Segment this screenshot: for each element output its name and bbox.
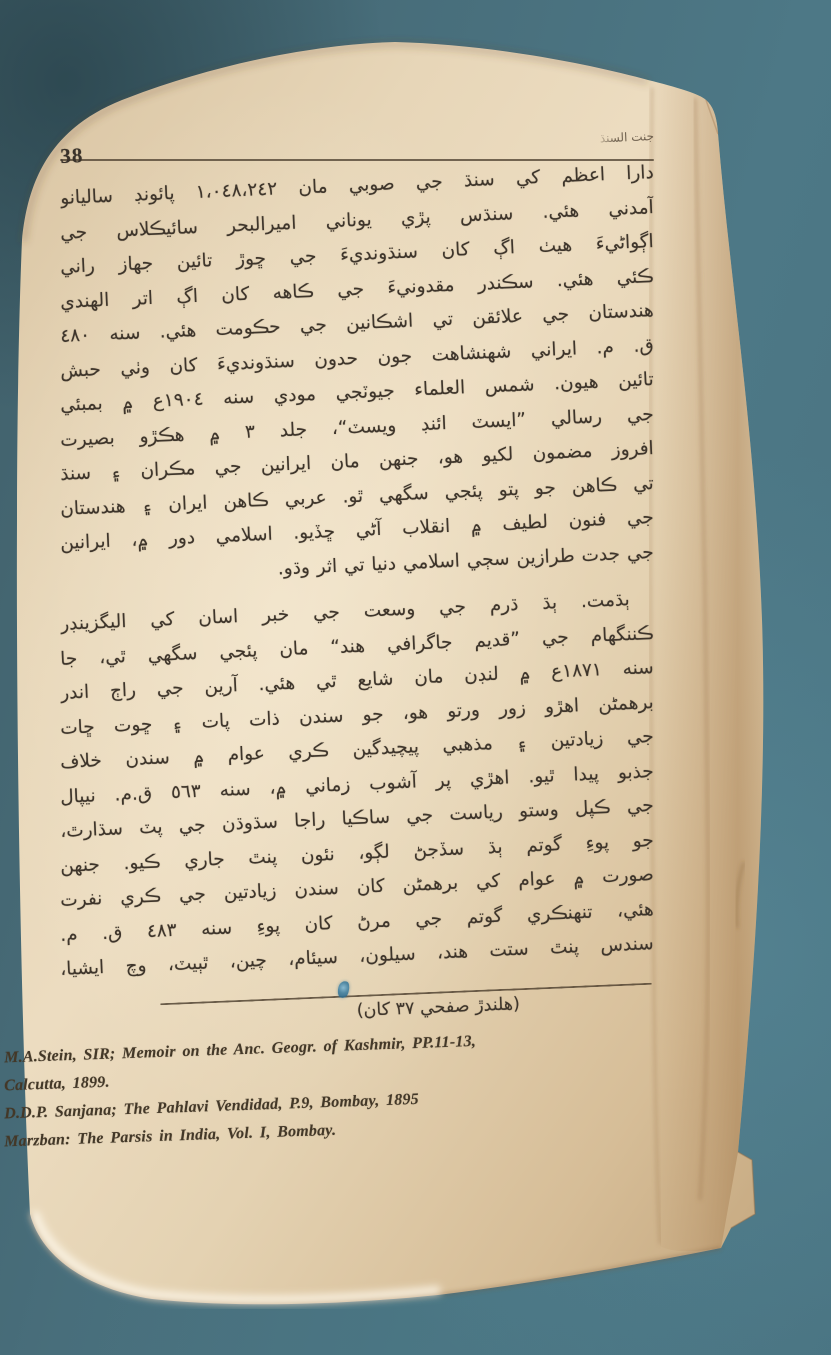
body-paragraph-2: ٻڌمت. ٻڌ ڌرم جي وسعت جي خبر اسان کي اليگ…	[60, 595, 654, 975]
page-number: 38	[60, 140, 146, 169]
body-paragraph-1: دارا اعظم کي سنڌ جي صوبي مان ١،٠٤٨،٢٤٢ پ…	[60, 169, 654, 583]
footnote-entries: M.A.Stein, SIR; Memoir on the Anc. Geogr…	[4, 1033, 654, 1145]
book-photo: جنت السنڌ 38 دارا اعظم کي سنڌ جي صوبي ما…	[0, 0, 831, 1355]
page-content: جنت السنڌ 38 دارا اعظم کي سنڌ جي صوبي ما…	[60, 130, 654, 1145]
running-title: جنت السنڌ	[583, 129, 654, 146]
